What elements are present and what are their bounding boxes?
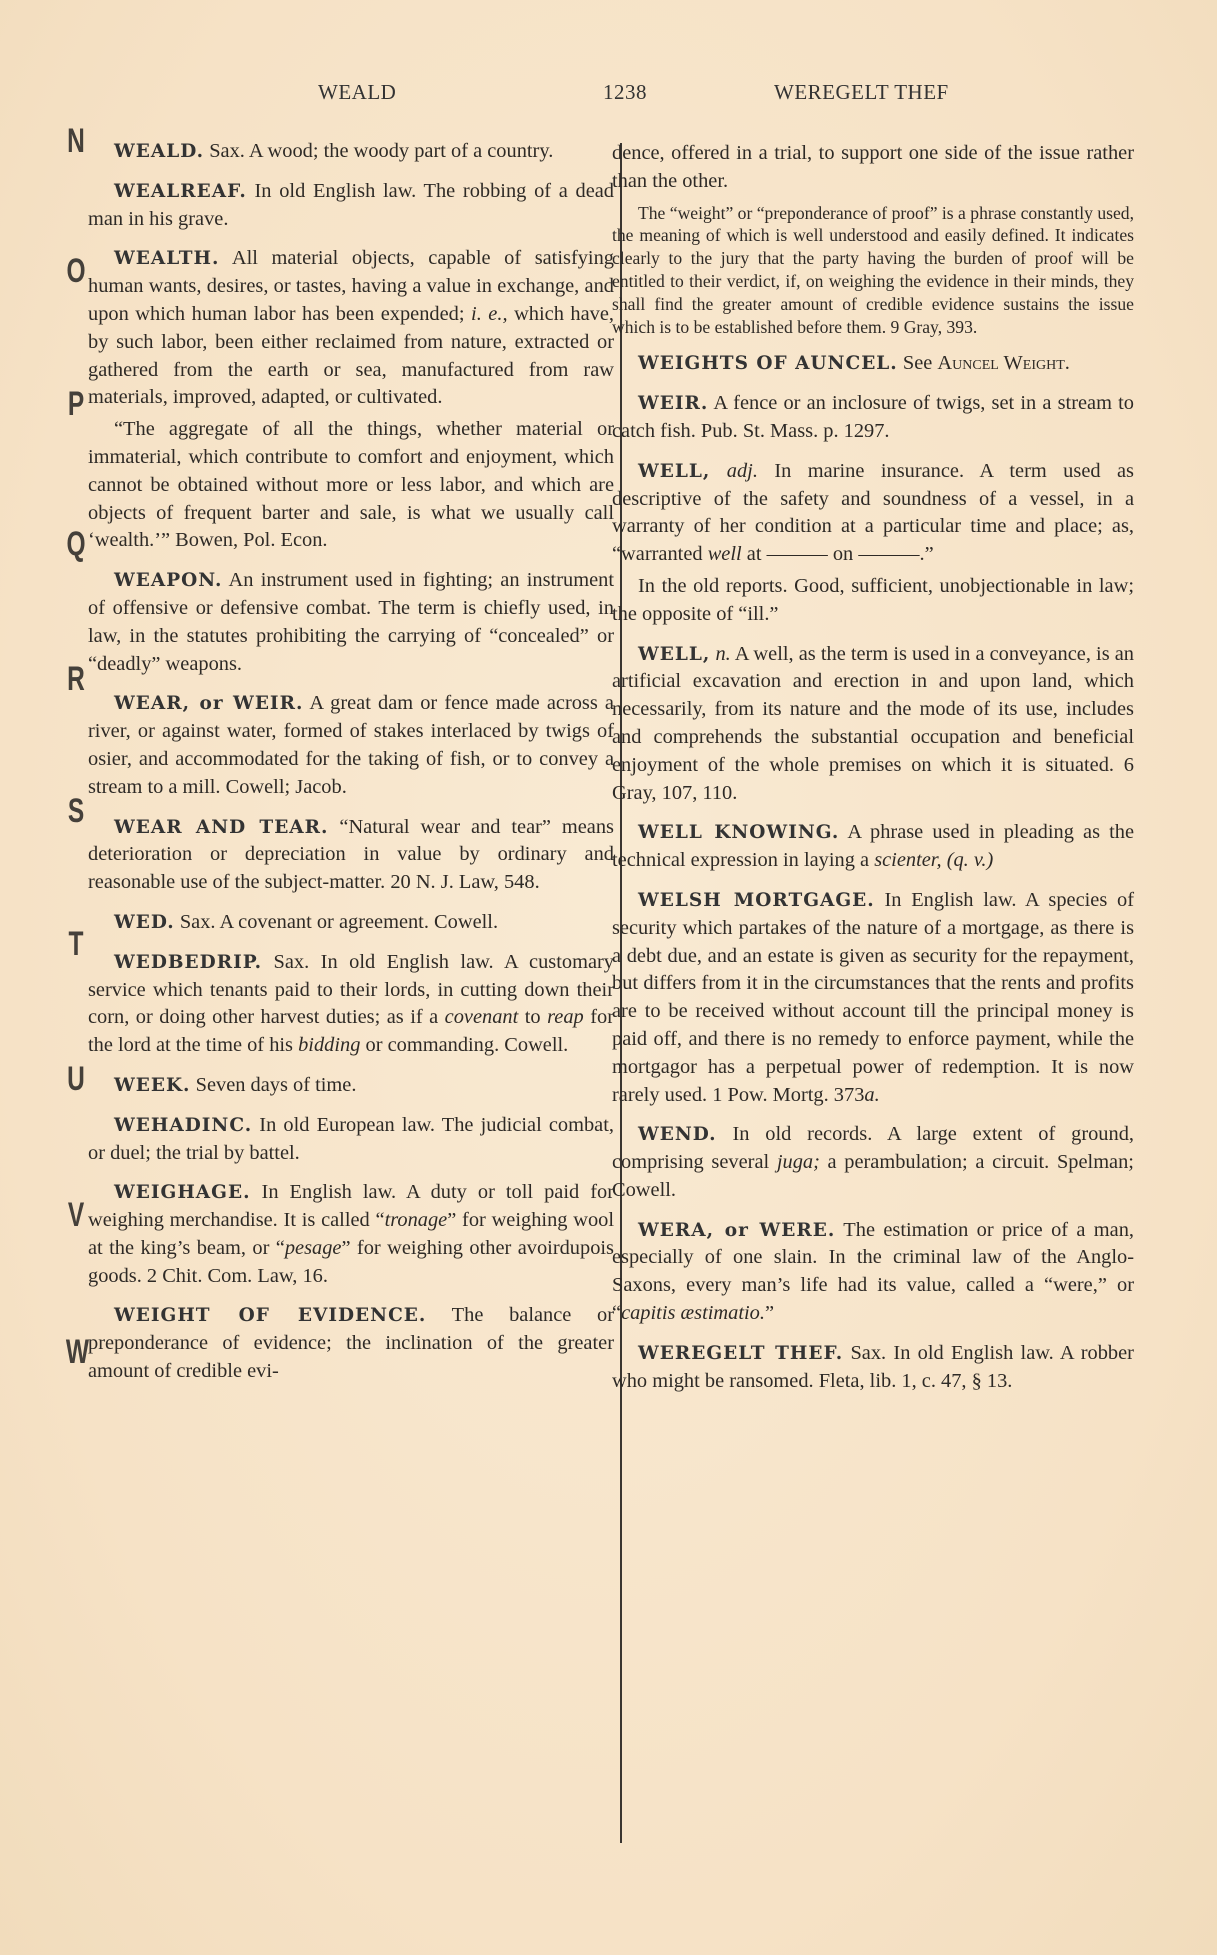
definition: Sax. A wood; the woody part of a country… [209,140,553,162]
entry-weights-of-auncel: WEIGHTS OF AUNCEL. See Auncel Weight. [612,350,1134,378]
thumb-index-letter-w: W [66,1333,86,1372]
entry-weight-of-evidence-note: The “weight” or “preponderance of proof”… [612,202,1134,339]
thumb-index-letter-s: S [66,792,86,831]
headword: WELL, [638,644,710,665]
thumb-index-letter-q: Q [66,525,86,564]
entry-weapon: WEAPON. An instrument used in fighting; … [88,567,614,678]
entry-wealth-quote: “The aggregate of all the things, whethe… [88,416,614,555]
headword: WEAPON. [114,570,222,591]
right-column: dence, offered in a trial, to support on… [612,140,1134,1407]
left-column: WEALD. Sax. A wood; the woody part of a … [88,138,614,1398]
cross-reference: Auncel Weight. [937,352,1069,374]
left-guide-word: WEALD [318,80,396,105]
entry-wed: WED. Sax. A covenant or agreement. Cowel… [88,909,614,937]
thumb-index-letter-v: V [66,1196,86,1235]
page-number: 1238 [603,80,647,105]
definition-cont: to [525,1006,541,1028]
thumb-index-letter-r: R [66,660,86,699]
italic-term: covenant [445,1006,519,1028]
definition: A well, as the term is used in a conveya… [612,643,1134,804]
thumb-index-letter-t: T [66,925,86,964]
definition: See [903,352,932,374]
entry-weir: WEIR. A fence or an inclosure of twigs, … [612,390,1134,446]
headword: WEALD. [114,141,204,162]
entry-well-adj-sense-2: In the old reports. Good, sufficient, un… [612,573,1134,629]
entry-week: WEEK. Seven days of time. [88,1072,614,1100]
entry-well-adj: WELL, adj. In marine insurance. A term u… [612,458,1134,569]
headword: WEAR, or WEIR. [114,693,303,714]
headword: WEDBEDRIP. [114,952,262,973]
entry-wedbedrip: WEDBEDRIP. Sax. In old English law. A cu… [88,949,614,1060]
headword: WEIGHAGE. [114,1182,251,1203]
thumb-index-letter-p: P [66,385,86,424]
thumb-index-letter-n: N [66,122,86,161]
entry-wealth: WEALTH. All material objects, capable of… [88,245,614,412]
italic-term: pesage [285,1237,342,1259]
italic-term: scienter, [874,849,941,871]
abbreviation: i. e., [471,303,508,325]
latin-term: capitis æstimatio. [621,1302,765,1324]
thumb-index-letter-u: U [66,1060,86,1099]
cross-reference: (q. v.) [947,849,994,871]
entry-weighage: WEIGHAGE. In English law. A duty or toll… [88,1179,614,1290]
headword: WEIGHTS OF AUNCEL. [638,353,898,374]
headword: WERA, or WERE. [638,1220,835,1241]
headword: WELL KNOWING. [638,822,839,843]
entry-weald: WEALD. Sax. A wood; the woody part of a … [88,138,614,166]
entry-well-knowing: WELL KNOWING. A phrase used in pleading … [612,819,1134,875]
headword: WELSH MORTGAGE. [638,890,875,911]
headword: WEALTH. [114,248,219,269]
headword: WELL, [638,461,710,482]
citation-suffix: a. [864,1084,879,1106]
part-of-speech: adj. [727,460,758,482]
definition-cont: at ——— on ———.” [747,543,934,565]
definition-cont: or commanding. Cowell. [366,1034,569,1056]
entry-weight-of-evidence: WEIGHT OF EVIDENCE. The balance or prepo… [88,1302,614,1385]
definition: Seven days of time. [196,1074,357,1096]
headword: WEAR AND TEAR. [114,817,328,838]
headword: WEEK. [114,1075,191,1096]
definition: Sax. A covenant or agreement. Cowell. [180,911,498,933]
headword: WEREGELT THEF. [638,1343,843,1364]
entry-wear-and-tear: WEAR AND TEAR. “Natural wear and tear” m… [88,814,614,897]
thumb-index-letter-o: O [66,252,86,291]
entry-wera-or-were: WERA, or WERE. The estimation or price o… [612,1217,1134,1328]
entry-well-n: WELL, n. A well, as the term is used in … [612,641,1134,808]
headword: WEIR. [638,393,708,414]
part-of-speech: n. [715,643,730,665]
italic-term: juga; [777,1151,820,1173]
closing-quote: ” [765,1302,774,1324]
entry-wend: WEND. In old records. A large extent of … [612,1121,1134,1204]
entry-wealreaf: WEALREAF. In old English law. The robbin… [88,178,614,234]
right-guide-word: WEREGELT THEF [774,80,949,105]
entry-weregelt-thef: WEREGELT THEF. Sax. In old English law. … [612,1340,1134,1396]
entry-wehadinc: WEHADINC. In old European law. The judic… [88,1112,614,1168]
italic-term: reap [547,1006,584,1028]
entry-welsh-mortgage: WELSH MORTGAGE. In English law. A specie… [612,887,1134,1109]
definition: In English law. A species of security wh… [612,889,1134,1106]
headword: WEHADINC. [114,1115,252,1136]
entry-weight-of-evidence-cont: dence, offered in a trial, to support on… [612,140,1134,196]
italic-term: bidding [298,1034,360,1056]
headword: WEND. [638,1124,717,1145]
running-head: WEALD 1238 WEREGELT THEF [0,80,1217,110]
headword: WED. [114,912,175,933]
dictionary-page: WEALD 1238 WEREGELT THEF NOPQRSTUVW WEAL… [0,0,1217,1955]
headword: WEIGHT OF EVIDENCE. [114,1305,426,1326]
italic-term: tronage [385,1209,448,1231]
entry-wear-or-weir: WEAR, or WEIR. A great dam or fence made… [88,690,614,801]
headword: WEALREAF. [114,181,247,202]
italic-term: well [708,543,742,565]
